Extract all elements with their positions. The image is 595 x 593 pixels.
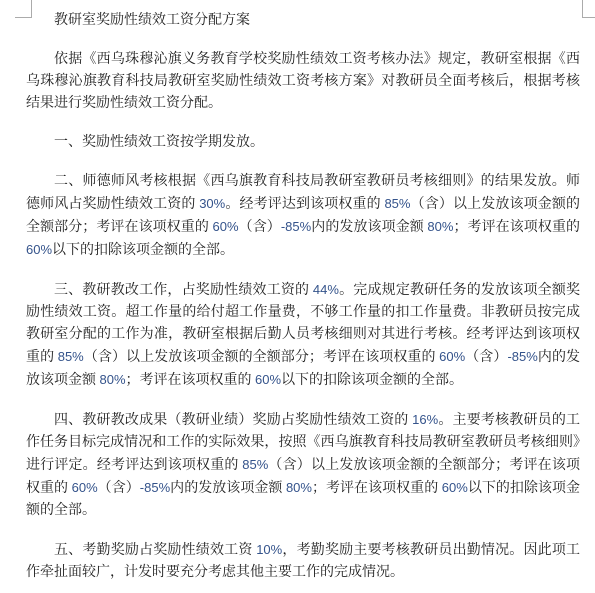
text-run: ；考评在该项权重的	[312, 481, 442, 496]
percentage-value: 60%	[26, 242, 52, 257]
percentage-value: 60%	[439, 349, 465, 364]
crop-mark-top-right	[582, 0, 595, 18]
text-run: 三、教研教改工作，占奖励性绩效工资的	[54, 283, 313, 298]
document-page: 教研室奖励性绩效工资分配方案 依据《西乌珠穆沁旗义务教育学校奖励性绩效工资考核办…	[26, 10, 580, 584]
text-run: 五、考勤奖励占奖励性绩效工资	[54, 543, 256, 558]
percentage-value: 85%	[58, 349, 84, 364]
item-2-paragraph: 二、师德师风考核根据《西乌旗教育科技局教研室教研员考核细则》的结果发放。师德师风…	[26, 171, 580, 262]
intro-paragraph: 依据《西乌珠穆沁旗义务教育学校奖励性绩效工资考核办法》规定，教研室根据《西乌珠穆…	[26, 49, 580, 115]
text-run: 内的发放该项金额	[170, 481, 286, 496]
text-run: 依据《西乌珠穆沁旗义务教育学校奖励性绩效工资考核办法》规定，教研室根据《西乌珠穆…	[26, 52, 580, 111]
text-run: 内的发放该项金额	[311, 220, 427, 235]
text-run: （含）以上发放该项金额的全额部分；考评在该项权重的	[84, 350, 439, 365]
percentage-value: -85%	[140, 480, 170, 495]
document-title: 教研室奖励性绩效工资分配方案	[26, 10, 580, 32]
percentage-value: 80%	[286, 480, 312, 495]
text-run: （含）	[465, 350, 507, 365]
percentage-value: 60%	[72, 480, 98, 495]
text-run: （含）	[98, 481, 140, 496]
percentage-value: 80%	[427, 219, 453, 234]
item-5-paragraph: 五、考勤奖励占奖励性绩效工资 10%，考勤奖励主要考核教研员出勤情况。因此项工作…	[26, 539, 580, 584]
percentage-value: 30%	[199, 196, 225, 211]
text-run: ；考评在该项权重的	[453, 220, 580, 235]
item-3-paragraph: 三、教研教改工作，占奖励性绩效工资的 44%。完成规定教研任务的发放该项全额奖励…	[26, 279, 580, 392]
percentage-value: 10%	[256, 542, 282, 557]
percentage-value: -85%	[507, 349, 537, 364]
percentage-value: -85%	[281, 219, 311, 234]
percentage-value: 44%	[313, 282, 339, 297]
percentage-value: 85%	[242, 457, 268, 472]
text-run: 一、奖励性绩效工资按学期发放。	[54, 135, 264, 150]
percentage-value: 85%	[384, 196, 410, 211]
percentage-value: 60%	[255, 372, 281, 387]
text-run: 。经考评达到该项权重的	[225, 197, 384, 212]
text-run: ；考评在该项权重的	[126, 373, 256, 388]
percentage-value: 60%	[213, 219, 239, 234]
text-run: 以下的扣除该项金额的全部。	[281, 373, 463, 388]
item-1-paragraph: 一、奖励性绩效工资按学期发放。	[26, 132, 580, 154]
text-run: （含）	[239, 220, 281, 235]
percentage-value: 16%	[412, 412, 438, 427]
text-run: 以下的扣除该项金额的全部。	[52, 243, 234, 258]
percentage-value: 80%	[100, 372, 126, 387]
text-run: 四、教研教改成果（教研业绩）奖励占奖励性绩效工资的	[54, 413, 412, 428]
percentage-value: 60%	[442, 480, 468, 495]
item-4-paragraph: 四、教研教改成果（教研业绩）奖励占奖励性绩效工资的 16%。主要考核教研员的工作…	[26, 409, 580, 522]
